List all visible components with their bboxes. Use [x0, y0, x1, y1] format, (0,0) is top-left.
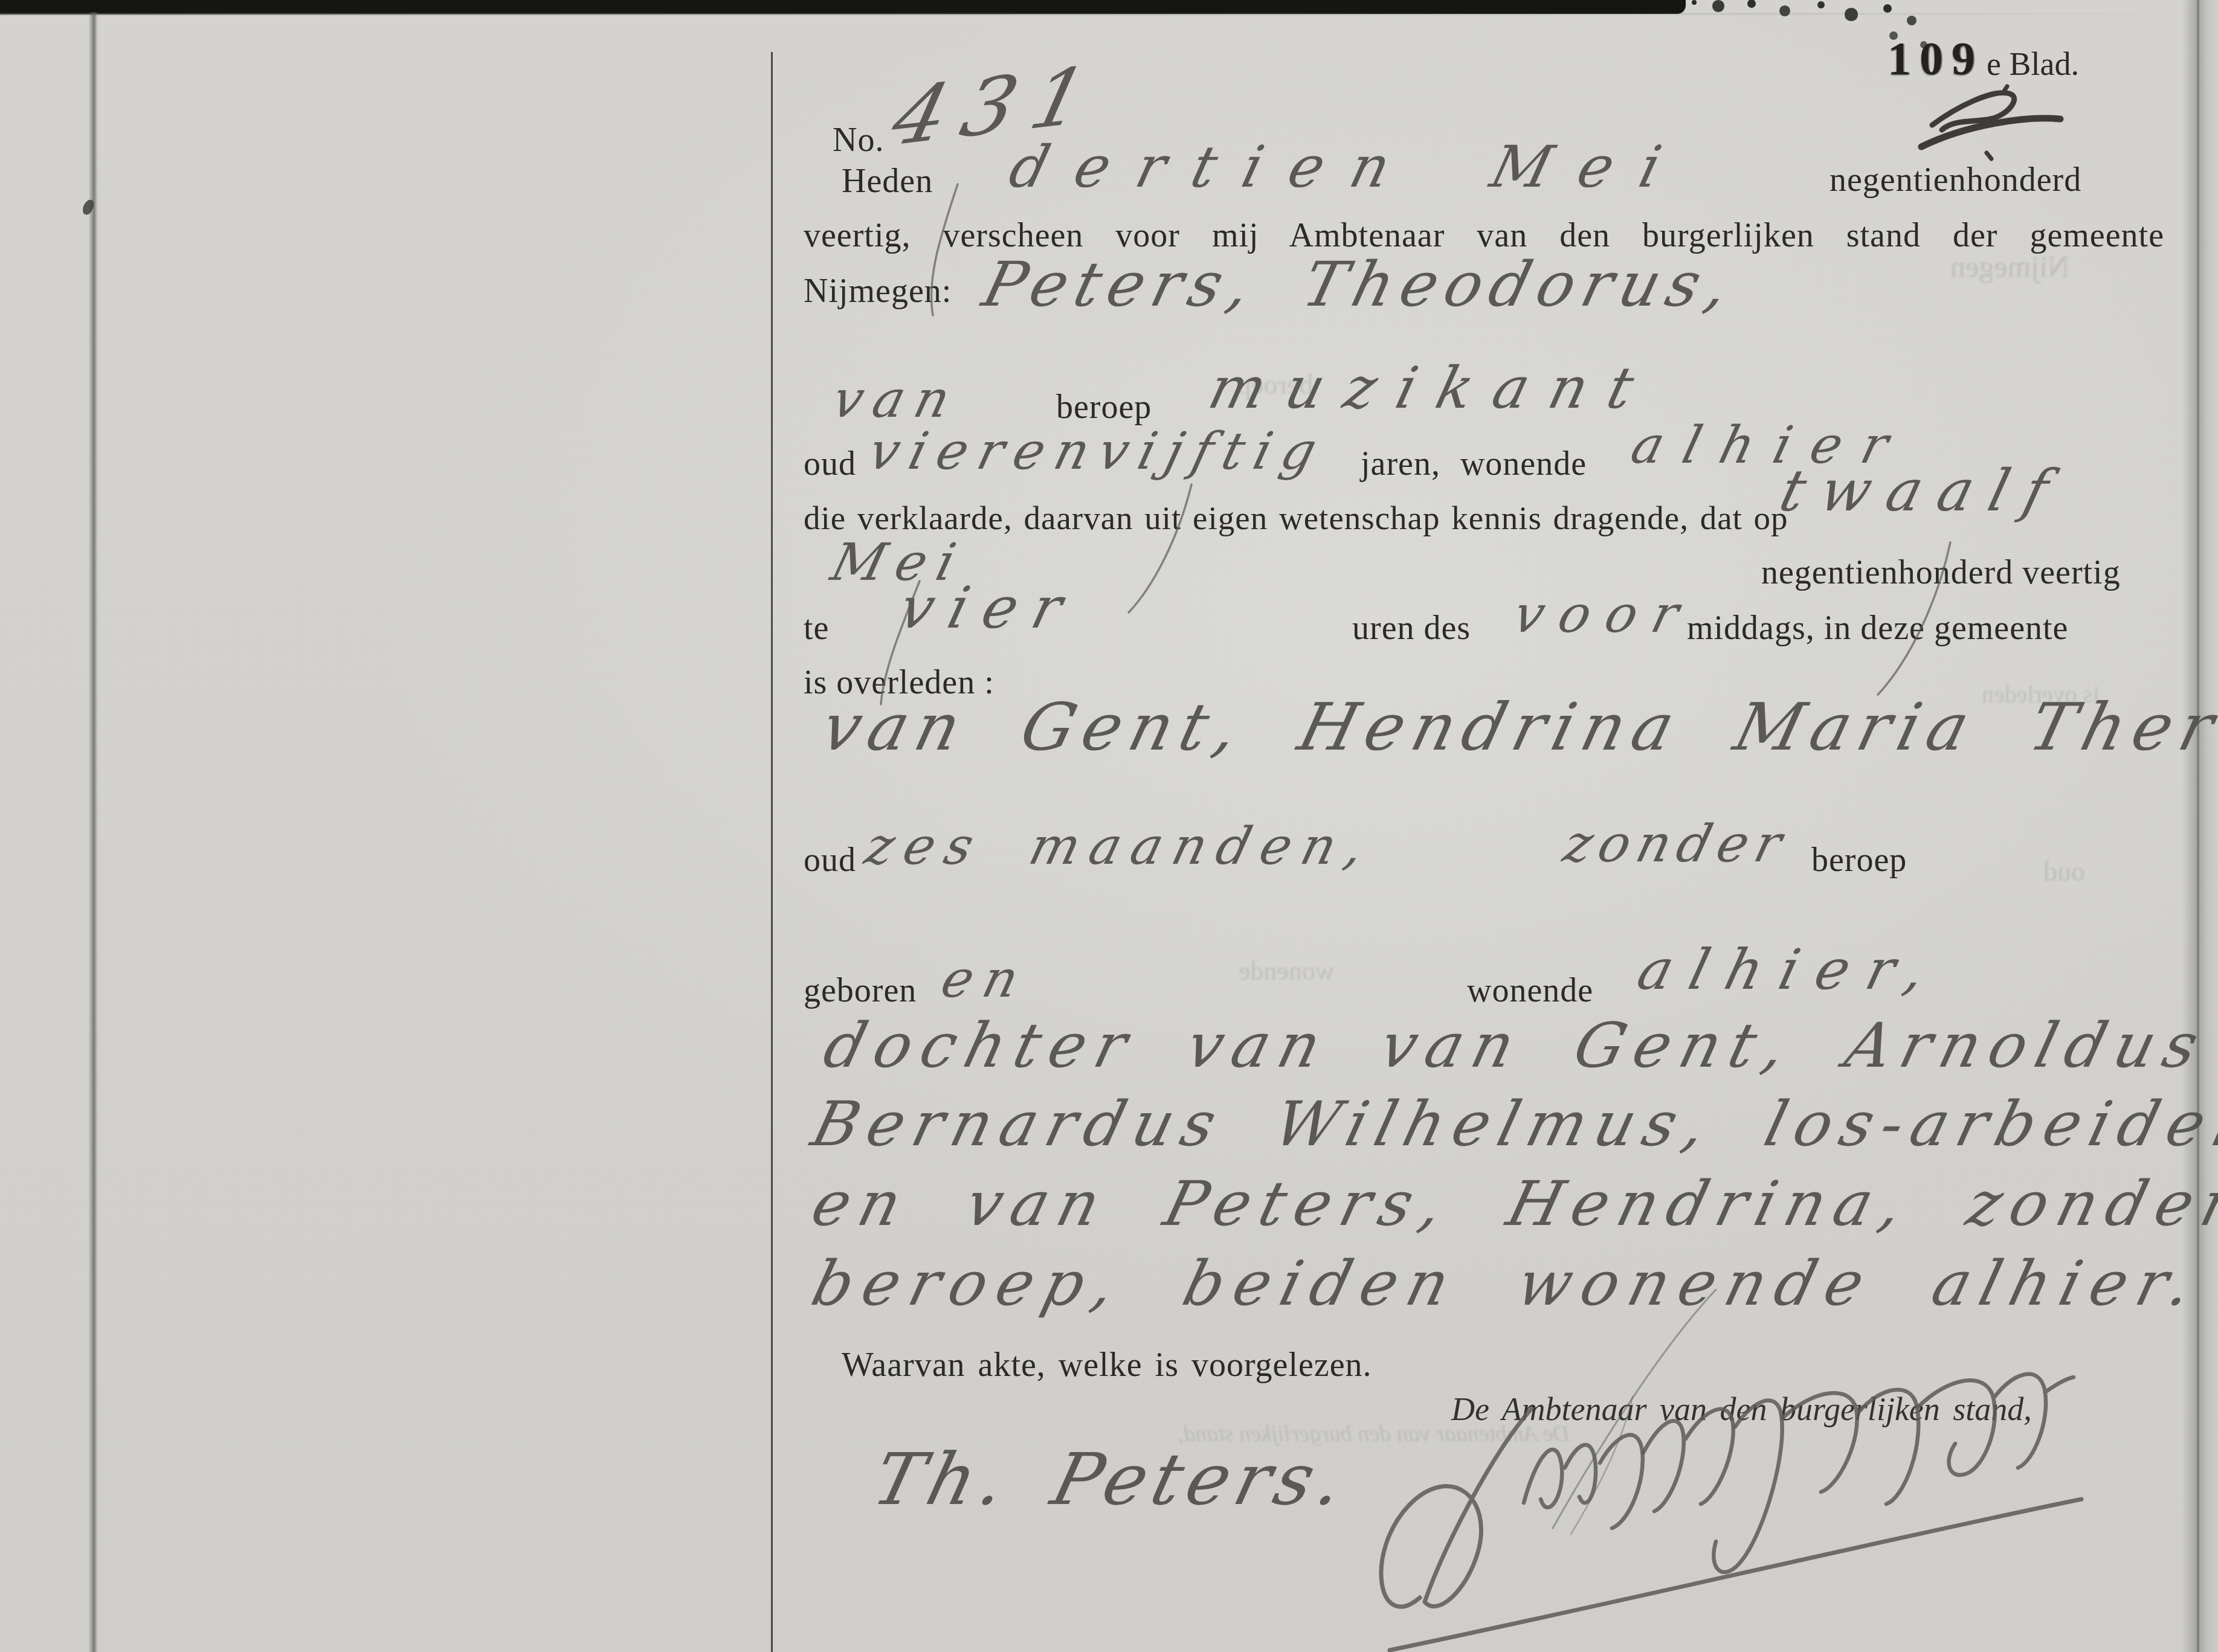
bleed-through-text: De Ambtenaar van den burgerlijken stand, — [1178, 1421, 1570, 1447]
bleed-through-text: Nijmegen — [1950, 249, 2069, 284]
bleed-through-text: beroep — [1237, 368, 1313, 400]
death-certificate-scan: 109 e Blad. No. 431 Heden dertien Mei ne… — [0, 0, 2218, 1652]
bleed-through-text: is overleden — [1982, 680, 2099, 709]
bleed-through-text: wonende — [1239, 956, 1335, 986]
bleed-through-text: oud — [2043, 855, 2085, 887]
official-signature-icon — [1353, 1268, 2133, 1652]
